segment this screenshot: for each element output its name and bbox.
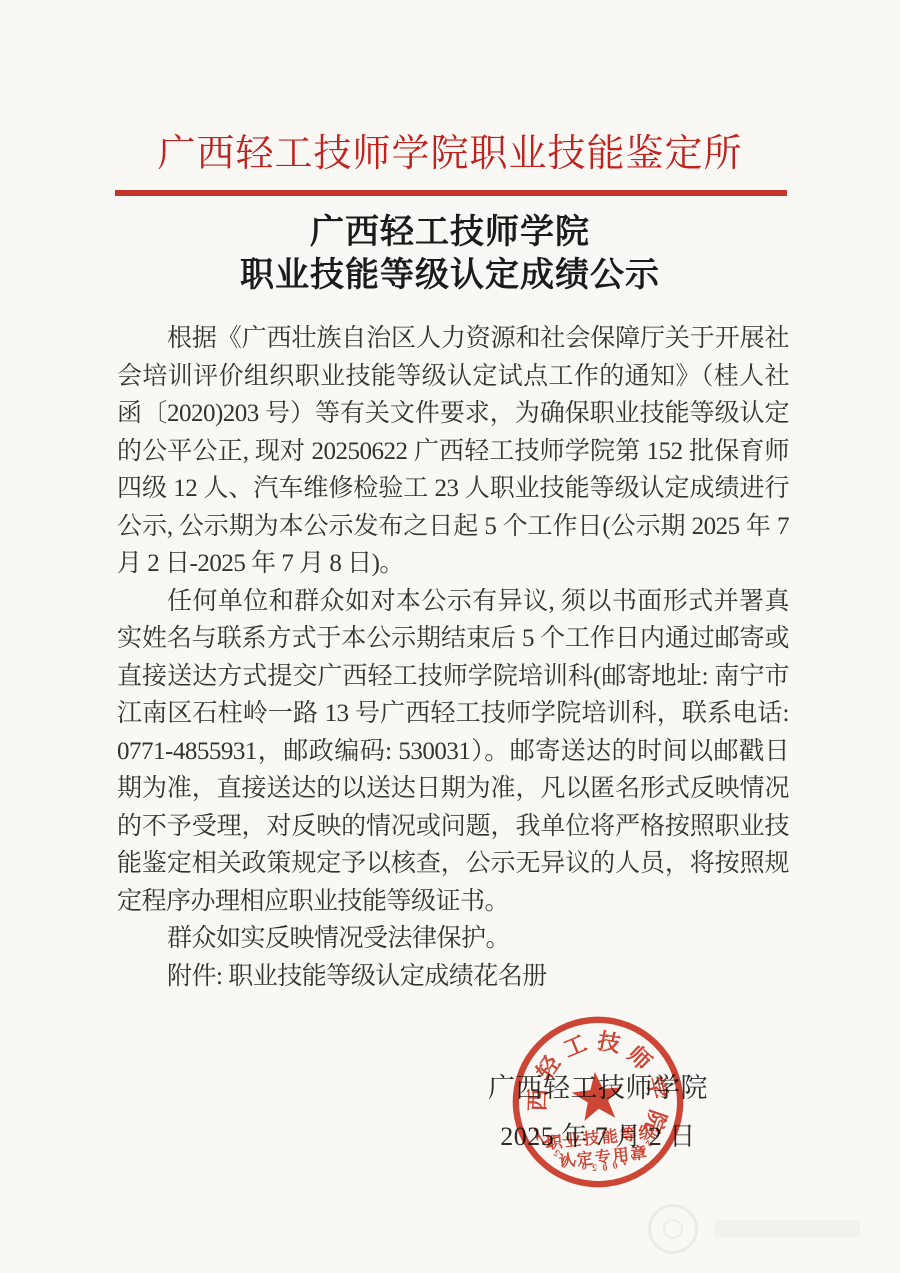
paragraph: 任何单位和群众如对本公示有异议, 须以书面形式并署真实姓名与联系方式于本公示期结…: [117, 583, 789, 921]
document-page: 广西轻工技师学院职业技能鉴定所 广西轻工技师学院 职业技能等级认定成绩公示 根据…: [0, 0, 900, 1273]
svg-text:学: 学: [642, 1073, 673, 1102]
svg-text:0: 0: [602, 1161, 608, 1172]
letterhead-org-title: 广西轻工技师学院职业技能鉴定所: [0, 122, 900, 177]
svg-text:西: 西: [525, 1088, 551, 1112]
attachment-line: 附件: 职业技能等级认定成绩花名册: [117, 958, 789, 996]
letterhead-double-rule: [115, 190, 787, 196]
svg-text:轻: 轻: [530, 1050, 565, 1085]
svg-text:技: 技: [596, 1028, 623, 1057]
document-body: 根据《广西壮族自治区人力资源和社会保障厅关于开展社会培训评价组织职业技能等级认定…: [117, 320, 789, 995]
document-title-line1: 广西轻工技师学院: [0, 211, 900, 254]
seal-star: [570, 1069, 625, 1122]
watermark-logo-dot: [663, 1219, 683, 1239]
document-title-line2: 职业技能等级认定成绩公示: [0, 254, 900, 297]
faint-watermark: [648, 1202, 868, 1262]
official-seal: 广西轻工技师学院 职业技能等级 认定专用章 4501050048621: [501, 1005, 694, 1198]
letterhead: 广西轻工技师学院职业技能鉴定所: [0, 0, 900, 196]
svg-text:师: 师: [623, 1041, 657, 1075]
document-title: 广西轻工技师学院 职业技能等级认定成绩公示: [0, 211, 900, 297]
svg-text:工: 工: [560, 1030, 591, 1062]
watermark-text-blur: [714, 1220, 860, 1238]
paragraph: 根据《广西壮族自治区人力资源和社会保障厅关于开展社会培训评价组织职业技能等级认定…: [117, 320, 789, 583]
paragraph: 群众如实反映情况受法律保护。: [117, 920, 789, 958]
svg-text:5: 5: [592, 1161, 598, 1172]
